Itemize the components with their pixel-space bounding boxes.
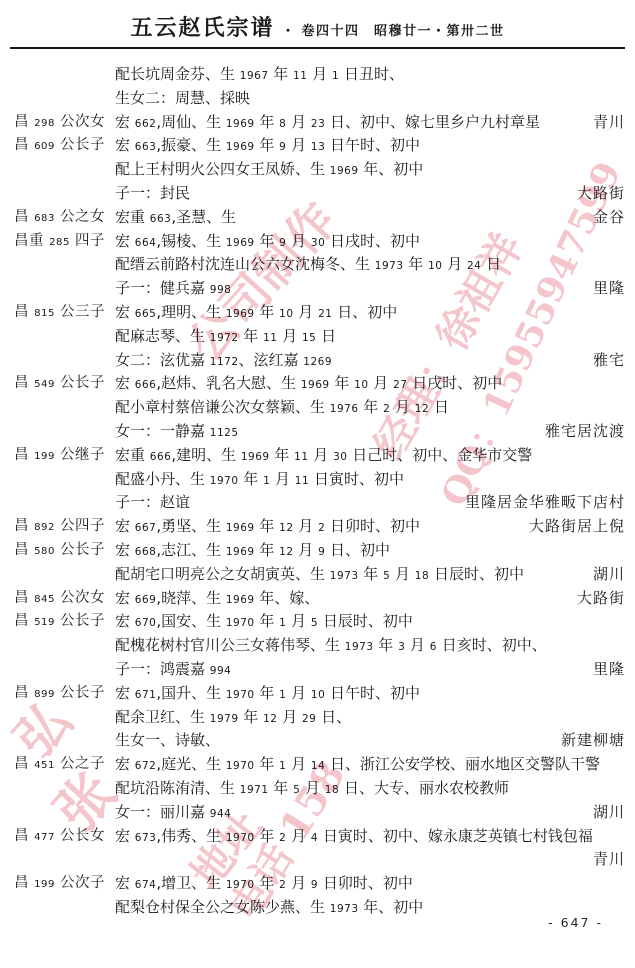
record-text: 配余卫红、生 1979 年 12 月 29 日、	[115, 708, 351, 726]
record-text: 配长坑周金芬、生 1967 年 11 月 1 日丑时、	[115, 65, 404, 83]
title-separator: ・	[281, 20, 294, 39]
record-place: 大路街居上倪	[529, 515, 625, 539]
record-row: 子一：封民大路街	[0, 182, 635, 206]
record-text: 子一：鸿震嘉 994	[115, 660, 231, 678]
record-row: 昌 609 公长子宏 663,振豪、生 1969 年 9 月 13 日午时、初中	[0, 134, 635, 158]
record-row: 昌 519 公长子宏 670,国安、生 1970 年 1 月 5 日辰时、初中	[0, 610, 635, 634]
record-row: 配坑沿陈洧清、生 1971 年 5 月 18 日、大专、丽水农校教师	[0, 777, 635, 801]
record-row: 昌 451 公之子宏 672,庭光、生 1970 年 1 月 14 日、浙江公安…	[0, 753, 635, 777]
record-text: 宏 668,志江、生 1969 年 12 月 9 日、初中	[115, 541, 390, 559]
record-row: 青川	[0, 848, 635, 872]
record-place: 里隆	[593, 277, 625, 301]
record-row: 配长坑周金芬、生 1967 年 11 月 1 日丑时、	[0, 63, 635, 87]
page-number: - 647 -	[548, 915, 603, 930]
record-text: 配坑沿陈洧清、生 1971 年 5 月 18 日、大专、丽水农校教师	[115, 779, 509, 797]
record-row: 配槐花树村官川公三女蒋伟琴、生 1973 年 3 月 6 日亥时、初中、	[0, 634, 635, 658]
record-text: 宏重 663,圣慧、生	[115, 208, 236, 226]
record-row: 配麻志琴、生 1972 年 11 月 15 日	[0, 325, 635, 349]
record-text: 宏 669,晓萍、生 1969 年、嫁、	[115, 589, 319, 607]
record-place: 里隆居金华雅畈下店村	[465, 491, 625, 515]
record-place: 青川	[593, 848, 625, 872]
record-text: 宏 674,增卫、生 1970 年 2 月 9 日卯时、初中	[115, 874, 413, 892]
record-generation-label: 昌 199 公继子	[14, 444, 114, 469]
record-row: 配盛小丹、生 1970 年 1 月 11 日寅时、初中	[0, 468, 635, 492]
record-text: 女一：丽川嘉 944	[115, 803, 231, 821]
record-row: 生女二：周慧、採映	[0, 87, 635, 111]
record-text: 宏 665,理明、生 1969 年 10 月 21 日、初中	[115, 303, 397, 321]
record-row: 子一：赵谊里隆居金华雅畈下店村	[0, 491, 635, 515]
record-row: 昌 298 公次女宏 662,周仙、生 1969 年 8 月 23 日、初中、嫁…	[0, 111, 635, 135]
record-place: 新建柳塘	[561, 729, 625, 753]
record-text: 宏 667,勇坚、生 1969 年 12 月 2 日卯时、初中	[115, 517, 420, 535]
record-text: 宏 672,庭光、生 1970 年 1 月 14 日、浙江公安学校、丽水地区交警…	[115, 755, 600, 773]
record-place: 青川	[593, 111, 625, 135]
record-text: 女一：一静嘉 1125	[115, 422, 239, 440]
record-row: 昌重 285 四子宏 664,锡棱、生 1969 年 9 月 30 日戌时、初中	[0, 230, 635, 254]
record-text: 宏 671,国升、生 1970 年 1 月 10 日午时、初中	[115, 684, 420, 702]
record-text: 宏重 666,建明、生 1969 年 11 月 30 日己时、初中、金华市交警	[115, 446, 532, 464]
record-text: 生女二：周慧、採映	[115, 89, 250, 107]
record-generation-label: 昌重 285 四子	[14, 230, 114, 255]
volume-subtitle: 卷四十四 昭穆廿一・第卅二世	[302, 20, 505, 39]
record-place: 湖川	[593, 563, 625, 587]
record-generation-label: 昌 199 公次子	[14, 872, 114, 897]
record-row: 配胡宅口明亮公之女胡寅英、生 1973 年 5 月 18 日辰时、初中湖川	[0, 563, 635, 587]
page-footer: - 647 -	[548, 915, 603, 930]
record-text: 宏 664,锡棱、生 1969 年 9 月 30 日戌时、初中	[115, 232, 420, 250]
record-generation-label: 昌 298 公次女	[14, 111, 114, 136]
record-text: 宏 662,周仙、生 1969 年 8 月 23 日、初中、嫁七里乡户九村章星	[115, 113, 540, 131]
record-text: 配槐花树村官川公三女蒋伟琴、生 1973 年 3 月 6 日亥时、初中、	[115, 636, 547, 654]
record-generation-label: 昌 845 公次女	[14, 587, 114, 612]
record-generation-label: 昌 477 公长女	[14, 825, 114, 850]
record-text: 配麻志琴、生 1972 年 11 月 15 日	[115, 327, 336, 345]
record-generation-label: 昌 683 公之女	[14, 206, 114, 231]
record-row: 昌 845 公次女宏 669,晓萍、生 1969 年、嫁、大路街	[0, 587, 635, 611]
record-generation-label: 昌 519 公长子	[14, 610, 114, 635]
record-text: 配缙云前路村沈连山公六女沈梅冬、生 1973 年 10 月 24 日	[115, 255, 501, 273]
record-place: 雅宅	[593, 349, 625, 373]
record-text: 宏 666,赵炜、乳名大慰、生 1969 年 10 月 27 日戌时、初中	[115, 374, 502, 392]
record-row: 昌 477 公长女宏 673,伟秀、生 1970 年 2 月 4 日寅时、初中、…	[0, 825, 635, 849]
record-row: 配梨仓村保全公之女陈少燕、生 1973 年、初中	[0, 896, 635, 920]
record-text: 宏 663,振豪、生 1969 年 9 月 13 日午时、初中	[115, 136, 420, 154]
record-generation-label: 昌 609 公长子	[14, 134, 114, 159]
record-text: 女二：泫优嘉 1172、泫红嘉 1269	[115, 351, 332, 369]
record-place: 雅宅居沈渡	[545, 420, 625, 444]
record-place: 湖川	[593, 801, 625, 825]
record-text: 生女一、诗敏、	[115, 731, 220, 749]
record-place: 大路街	[577, 182, 625, 206]
record-place: 大路街	[577, 587, 625, 611]
record-row: 昌 199 公继子宏重 666,建明、生 1969 年 11 月 30 日己时、…	[0, 444, 635, 468]
record-row: 生女一、诗敏、新建柳塘	[0, 729, 635, 753]
record-row: 昌 199 公次子宏 674,增卫、生 1970 年 2 月 9 日卯时、初中	[0, 872, 635, 896]
record-row: 女二：泫优嘉 1172、泫红嘉 1269雅宅	[0, 349, 635, 373]
record-text: 子一：健兵嘉 998	[115, 279, 231, 297]
record-text: 宏 673,伟秀、生 1970 年 2 月 4 日寅时、初中、嫁永康芝英镇七村钱…	[115, 827, 593, 845]
record-generation-label: 昌 580 公长子	[14, 539, 114, 564]
record-text: 配胡宅口明亮公之女胡寅英、生 1973 年 5 月 18 日辰时、初中	[115, 565, 524, 583]
record-text: 配梨仓村保全公之女陈少燕、生 1973 年、初中	[115, 898, 423, 916]
record-row: 昌 815 公三子宏 665,理明、生 1969 年 10 月 21 日、初中	[0, 301, 635, 325]
record-text: 子一：赵谊	[115, 493, 190, 511]
record-row: 配余卫红、生 1979 年 12 月 29 日、	[0, 706, 635, 730]
record-generation-label: 昌 815 公三子	[14, 301, 114, 326]
record-row: 子一：鸿震嘉 994里隆	[0, 658, 635, 682]
record-text: 配小章村蔡倍谦公次女蔡颖、生 1976 年 2 月 12 日	[115, 398, 449, 416]
records-list: 配长坑周金芬、生 1967 年 11 月 1 日丑时、生女二：周慧、採映昌 29…	[0, 63, 635, 920]
record-row: 昌 899 公长子宏 671,国升、生 1970 年 1 月 10 日午时、初中	[0, 682, 635, 706]
record-row: 配上王村明火公四女王凤娇、生 1969 年、初中	[0, 158, 635, 182]
record-row: 子一：健兵嘉 998里隆	[0, 277, 635, 301]
record-text: 配上王村明火公四女王凤娇、生 1969 年、初中	[115, 160, 423, 178]
record-generation-label: 昌 892 公四子	[14, 515, 114, 540]
record-row: 昌 683 公之女宏重 663,圣慧、生金谷	[0, 206, 635, 230]
record-row: 女一：丽川嘉 944湖川	[0, 801, 635, 825]
record-row: 女一：一静嘉 1125雅宅居沈渡	[0, 420, 635, 444]
record-place: 金谷	[593, 206, 625, 230]
record-row: 昌 892 公四子宏 667,勇坚、生 1969 年 12 月 2 日卯时、初中…	[0, 515, 635, 539]
record-text: 配盛小丹、生 1970 年 1 月 11 日寅时、初中	[115, 470, 404, 488]
record-text: 子一：封民	[115, 184, 190, 202]
book-title: 五云赵氏宗谱	[130, 11, 274, 42]
record-generation-label: 昌 451 公之子	[14, 753, 114, 778]
record-place: 里隆	[593, 658, 625, 682]
record-row: 昌 549 公长子宏 666,赵炜、乳名大慰、生 1969 年 10 月 27 …	[0, 372, 635, 396]
header-rule	[10, 47, 625, 49]
record-generation-label: 昌 899 公长子	[14, 682, 114, 707]
genealogy-page: 五云赵氏宗谱 ・ 卷四十四 昭穆廿一・第卅二世 配长坑周金芬、生 1967 年 …	[0, 0, 635, 968]
record-row: 配缙云前路村沈连山公六女沈梅冬、生 1973 年 10 月 24 日	[0, 253, 635, 277]
page-header: 五云赵氏宗谱 ・ 卷四十四 昭穆廿一・第卅二世	[0, 0, 635, 42]
record-row: 配小章村蔡倍谦公次女蔡颖、生 1976 年 2 月 12 日	[0, 396, 635, 420]
record-text: 宏 670,国安、生 1970 年 1 月 5 日辰时、初中	[115, 612, 413, 630]
record-generation-label: 昌 549 公长子	[14, 372, 114, 397]
record-row: 昌 580 公长子宏 668,志江、生 1969 年 12 月 9 日、初中	[0, 539, 635, 563]
